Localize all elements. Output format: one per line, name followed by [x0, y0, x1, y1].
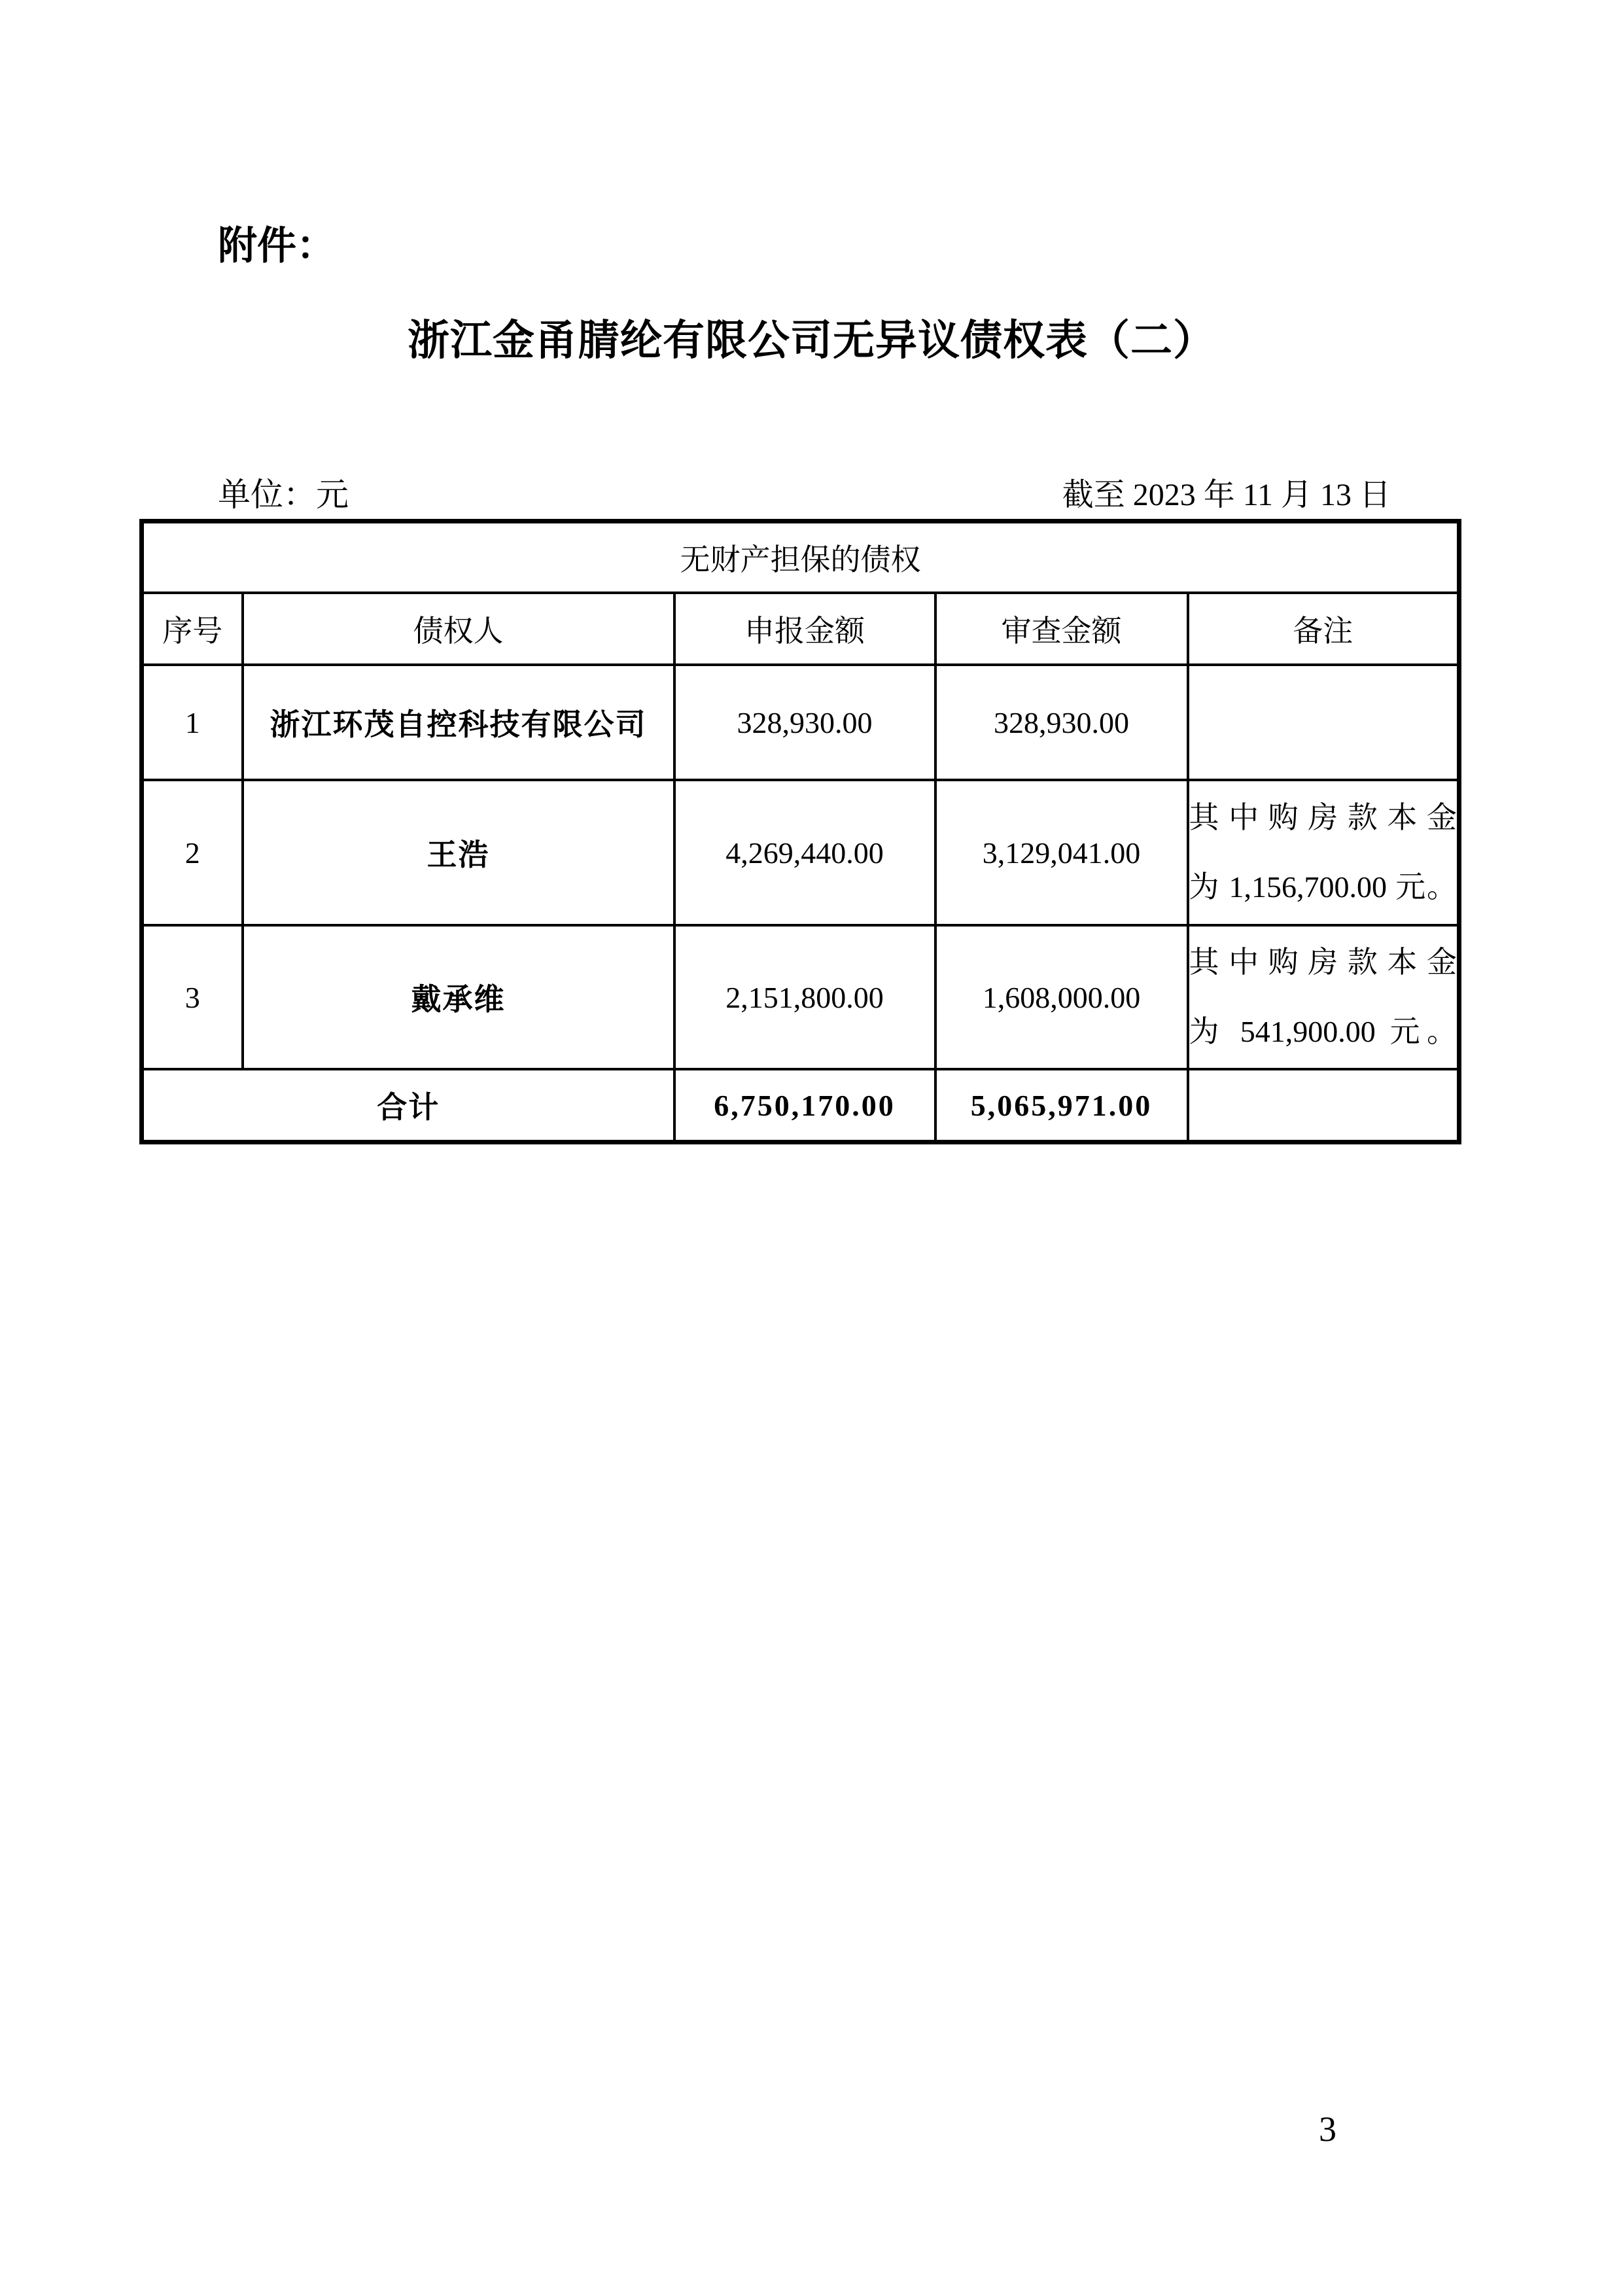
- total-label-cell: 合计: [142, 1069, 674, 1142]
- creditor-cell: 王浩: [243, 780, 674, 925]
- col-header-creditor: 债权人: [243, 593, 674, 665]
- table-row: 2 王浩 4,269,440.00 3,129,041.00 其中购房款本金 为…: [142, 780, 1459, 925]
- remark-cell: [1188, 665, 1459, 780]
- serial-cell: 3: [142, 925, 243, 1069]
- remark-cell: 其中购房款本金 为 1,156,700.00 元。: [1188, 780, 1459, 925]
- page-title: 浙江金甬腈纶有限公司无异议债权表（二）: [0, 318, 1623, 364]
- table-section-header: 无财产担保的债权: [142, 521, 1459, 593]
- total-reviewed-amount-cell: 5,065,971.00: [935, 1069, 1188, 1142]
- table-header-row: 序号 债权人 申报金额 审查金额 备注: [142, 593, 1459, 665]
- table-row: 3 戴承维 2,151,800.00 1,608,000.00 其中购房款本金 …: [142, 925, 1459, 1069]
- reviewed-amount-cell: 3,129,041.00: [935, 780, 1188, 925]
- reviewed-amount-cell: 328,930.00: [935, 665, 1188, 780]
- declared-amount-cell: 328,930.00: [674, 665, 935, 780]
- serial-cell: 1: [142, 665, 243, 780]
- page-number: 3: [1319, 2108, 1336, 2151]
- col-header-serial: 序号: [142, 593, 243, 665]
- remark-cell: 其中购房款本金 为 541,900.00 元。: [1188, 925, 1459, 1069]
- attachment-label: 附件：: [218, 226, 336, 266]
- table-total-row: 合计 6,750,170.00 5,065,971.00: [142, 1069, 1459, 1142]
- reviewed-amount-cell: 1,608,000.00: [935, 925, 1188, 1069]
- total-remark-cell: [1188, 1069, 1459, 1142]
- creditor-cell: 戴承维: [243, 925, 674, 1069]
- claims-table: 无财产担保的债权 序号 债权人 申报金额 审查金额 备注 1 浙江环茂自控科技有…: [139, 519, 1461, 1144]
- document-page: 附件： 浙江金甬腈纶有限公司无异议债权表（二） 单位：元 截至 2023 年 1…: [0, 0, 1623, 2296]
- declared-amount-cell: 2,151,800.00: [674, 925, 935, 1069]
- unit-label: 单位：元: [218, 475, 349, 514]
- total-declared-amount-cell: 6,750,170.00: [674, 1069, 935, 1142]
- as-of-date-label: 截至 2023 年 11 月 13 日: [1062, 476, 1391, 514]
- table-row: 1 浙江环茂自控科技有限公司 328,930.00 328,930.00: [142, 665, 1459, 780]
- table-section-header-row: 无财产担保的债权: [142, 521, 1459, 593]
- col-header-remark: 备注: [1188, 593, 1459, 665]
- creditor-cell: 浙江环茂自控科技有限公司: [243, 665, 674, 780]
- declared-amount-cell: 4,269,440.00: [674, 780, 935, 925]
- serial-cell: 2: [142, 780, 243, 925]
- col-header-reviewed-amount: 审查金额: [935, 593, 1188, 665]
- col-header-declared-amount: 申报金额: [674, 593, 935, 665]
